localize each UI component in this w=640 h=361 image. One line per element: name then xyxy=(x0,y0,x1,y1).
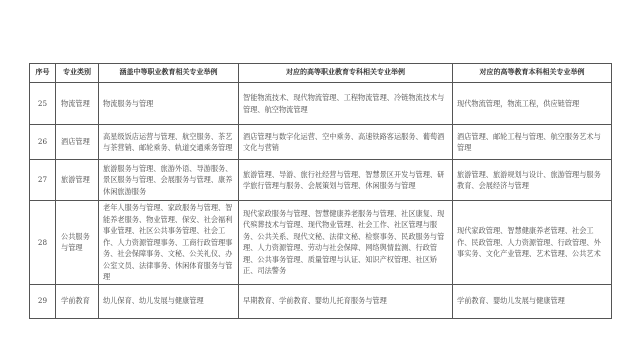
row-vocational: 智能物流技术、现代物流管理、工程物流管理、冷链物流技术与管理、航空物流管理 xyxy=(239,83,453,125)
row-secondary: 老年人服务与管理、家政服务与管理、智能养老服务、物业管理、保安、社会福利事业管理… xyxy=(99,201,239,285)
row-number: 26 xyxy=(30,125,56,160)
row-undergraduate: 旅游管理、旅游规划与设计、旅游管理与服务教育、会展经济与管理 xyxy=(453,160,612,201)
row-category: 公共服务与管理 xyxy=(56,201,99,285)
table-row: 28 公共服务与管理 老年人服务与管理、家政服务与管理、智能养老服务、物业管理、… xyxy=(30,201,612,285)
row-category: 物流管理 xyxy=(56,83,99,125)
row-vocational: 旅游管理、导游、旅行社经营与管理、智慧景区开发与管理、研学旅行管理与服务、会展策… xyxy=(239,160,453,201)
row-vocational: 现代家政服务与管理、智慧健康养老服务与管理、社区康复、现代殡葬技术与管理、现代物… xyxy=(239,201,453,285)
row-undergraduate: 学前教育、婴幼儿发展与健康管理 xyxy=(453,284,612,318)
row-number: 28 xyxy=(30,201,56,285)
header-undergraduate: 对应的高等教育本科相关专业举例 xyxy=(453,64,612,83)
row-category: 旅游管理 xyxy=(56,160,99,201)
row-number: 29 xyxy=(30,284,56,318)
row-undergraduate: 酒店管理、邮轮工程与管理、航空服务艺术与管理 xyxy=(453,125,612,160)
row-secondary: 幼儿保育、幼儿发展与健康管理 xyxy=(99,284,239,318)
table-row: 26 酒店管理 高星级饭店运营与管理、航空服务、茶艺与茶营销、邮轮乘务、轨道交通… xyxy=(30,125,612,160)
row-secondary: 物流服务与管理 xyxy=(99,83,239,125)
row-number: 25 xyxy=(30,83,56,125)
row-secondary: 高星级饭店运营与管理、航空服务、茶艺与茶营销、邮轮乘务、轨道交通乘务管理 xyxy=(99,125,239,160)
row-undergraduate: 现代家政管理、智慧健康养老管理、社会工作、民政管理、人力资源管理、行政管理、外事… xyxy=(453,201,612,285)
table-row: 27 旅游管理 旅游服务与管理、旅游外语、导游服务、景区服务与管理、会展服务与管… xyxy=(30,160,612,201)
header-secondary: 涵盖中等职业教育相关专业举例 xyxy=(99,64,239,83)
header-category: 专业类别 xyxy=(56,64,99,83)
row-vocational: 早期教育、学前教育、婴幼儿托育服务与管理 xyxy=(239,284,453,318)
row-category: 酒店管理 xyxy=(56,125,99,160)
table-row: 29 学前教育 幼儿保育、幼儿发展与健康管理 早期教育、学前教育、婴幼儿托育服务… xyxy=(30,284,612,318)
major-catalog-table: 序号 专业类别 涵盖中等职业教育相关专业举例 对应的高等职业教育专科相关专业举例… xyxy=(29,63,612,319)
row-category: 学前教育 xyxy=(56,284,99,318)
header-vocational: 对应的高等职业教育专科相关专业举例 xyxy=(239,64,453,83)
row-vocational: 酒店管理与数字化运营、空中乘务、高速铁路客运服务、葡萄酒文化与营销 xyxy=(239,125,453,160)
header-no: 序号 xyxy=(30,64,56,83)
table-row: 25 物流管理 物流服务与管理 智能物流技术、现代物流管理、工程物流管理、冷链物… xyxy=(30,83,612,125)
table-header-row: 序号 专业类别 涵盖中等职业教育相关专业举例 对应的高等职业教育专科相关专业举例… xyxy=(30,64,612,83)
row-secondary: 旅游服务与管理、旅游外语、导游服务、景区服务与管理、会展服务与管理、康养休闲旅游… xyxy=(99,160,239,201)
row-undergraduate: 现代物流管理，物流工程，供应链管理 xyxy=(453,83,612,125)
major-catalog-table-container: 序号 专业类别 涵盖中等职业教育相关专业举例 对应的高等职业教育专科相关专业举例… xyxy=(29,63,611,319)
row-number: 27 xyxy=(30,160,56,201)
